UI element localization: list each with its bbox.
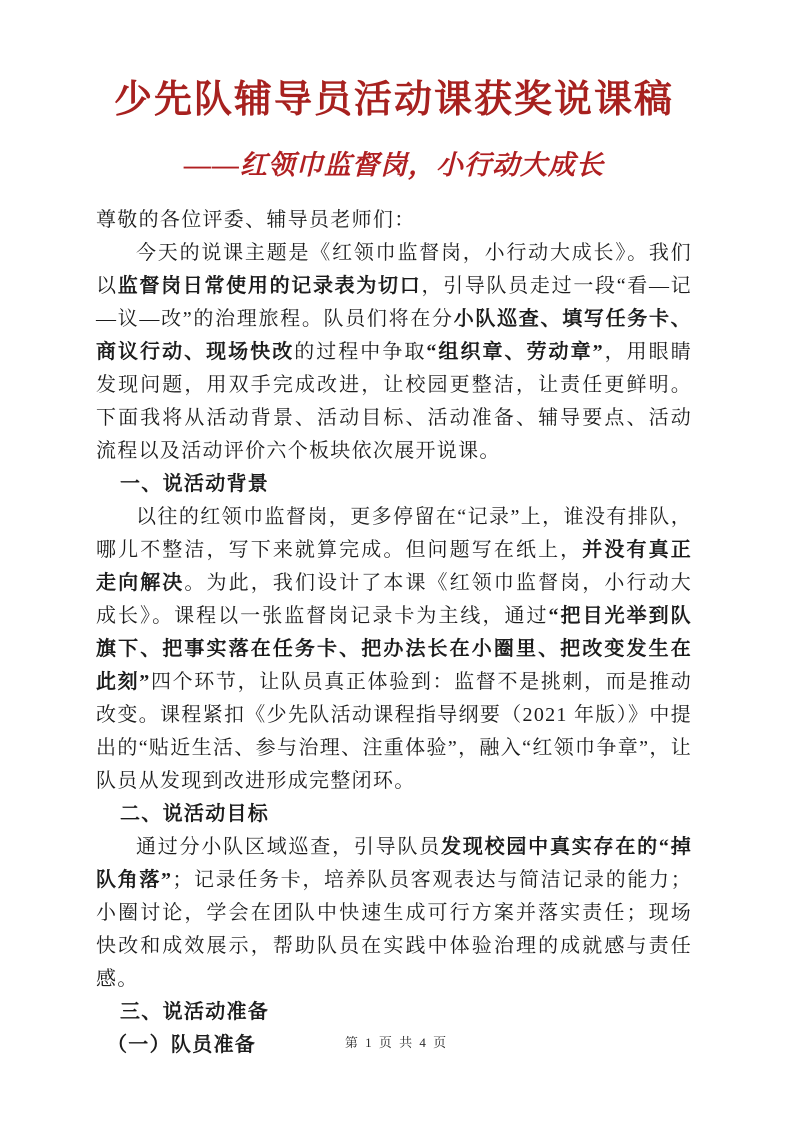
text-run: 的过程中争取 [294,341,426,363]
text-run-bold: 监督岗日常使用的记录表为切口 [118,275,422,297]
document-title: 少先队辅导员活动课获奖说课稿 [96,74,692,126]
text-run: 四个环节，让队员真正体验到：监督不是挑刺，而是推动改变。课程紧扣《少先队活动课程… [96,671,692,792]
document-content: 少先队辅导员活动课获奖说课稿 ——红领巾监督岗，小行动大成长 尊敬的各位评委、辅… [96,0,692,1062]
section-heading-background: 一、说活动背景 [96,468,692,501]
text-run: 通过分小队区域巡查，引导队员 [136,836,441,858]
text-run: ；记录任务卡，培养队员客观表达与简洁记录的能力；小圈讨论，学会在团队中快速生成可… [96,869,692,990]
paragraph-goals: 通过分小队区域巡查，引导队员发现校园中真实存在的“掉队角落”；记录任务卡，培养队… [96,831,692,996]
page-number-footer: 第 1 页 共 4 页 [0,1034,793,1052]
document-page: 少先队辅导员活动课获奖说课稿 ——红领巾监督岗，小行动大成长 尊敬的各位评委、辅… [0,0,793,1122]
section-heading-goals: 二、说活动目标 [96,798,692,831]
text-run-bold: “组织章、劳动章” [426,341,604,363]
greeting-line: 尊敬的各位评委、辅导员老师们： [96,204,692,237]
paragraph-background: 以往的红领巾监督岗，更多停留在“记录”上，谁没有排队，哪儿不整洁，写下来就算完成… [96,501,692,798]
section-heading-preparation: 三、说活动准备 [96,996,692,1029]
document-body: 尊敬的各位评委、辅导员老师们： 今天的说课主题是《红领巾监督岗，小行动大成长》。… [96,204,692,1062]
document-subtitle: ——红领巾监督岗，小行动大成长 [96,142,692,188]
paragraph-overview: 今天的说课主题是《红领巾监督岗，小行动大成长》。我们以监督岗日常使用的记录表为切… [96,237,692,468]
